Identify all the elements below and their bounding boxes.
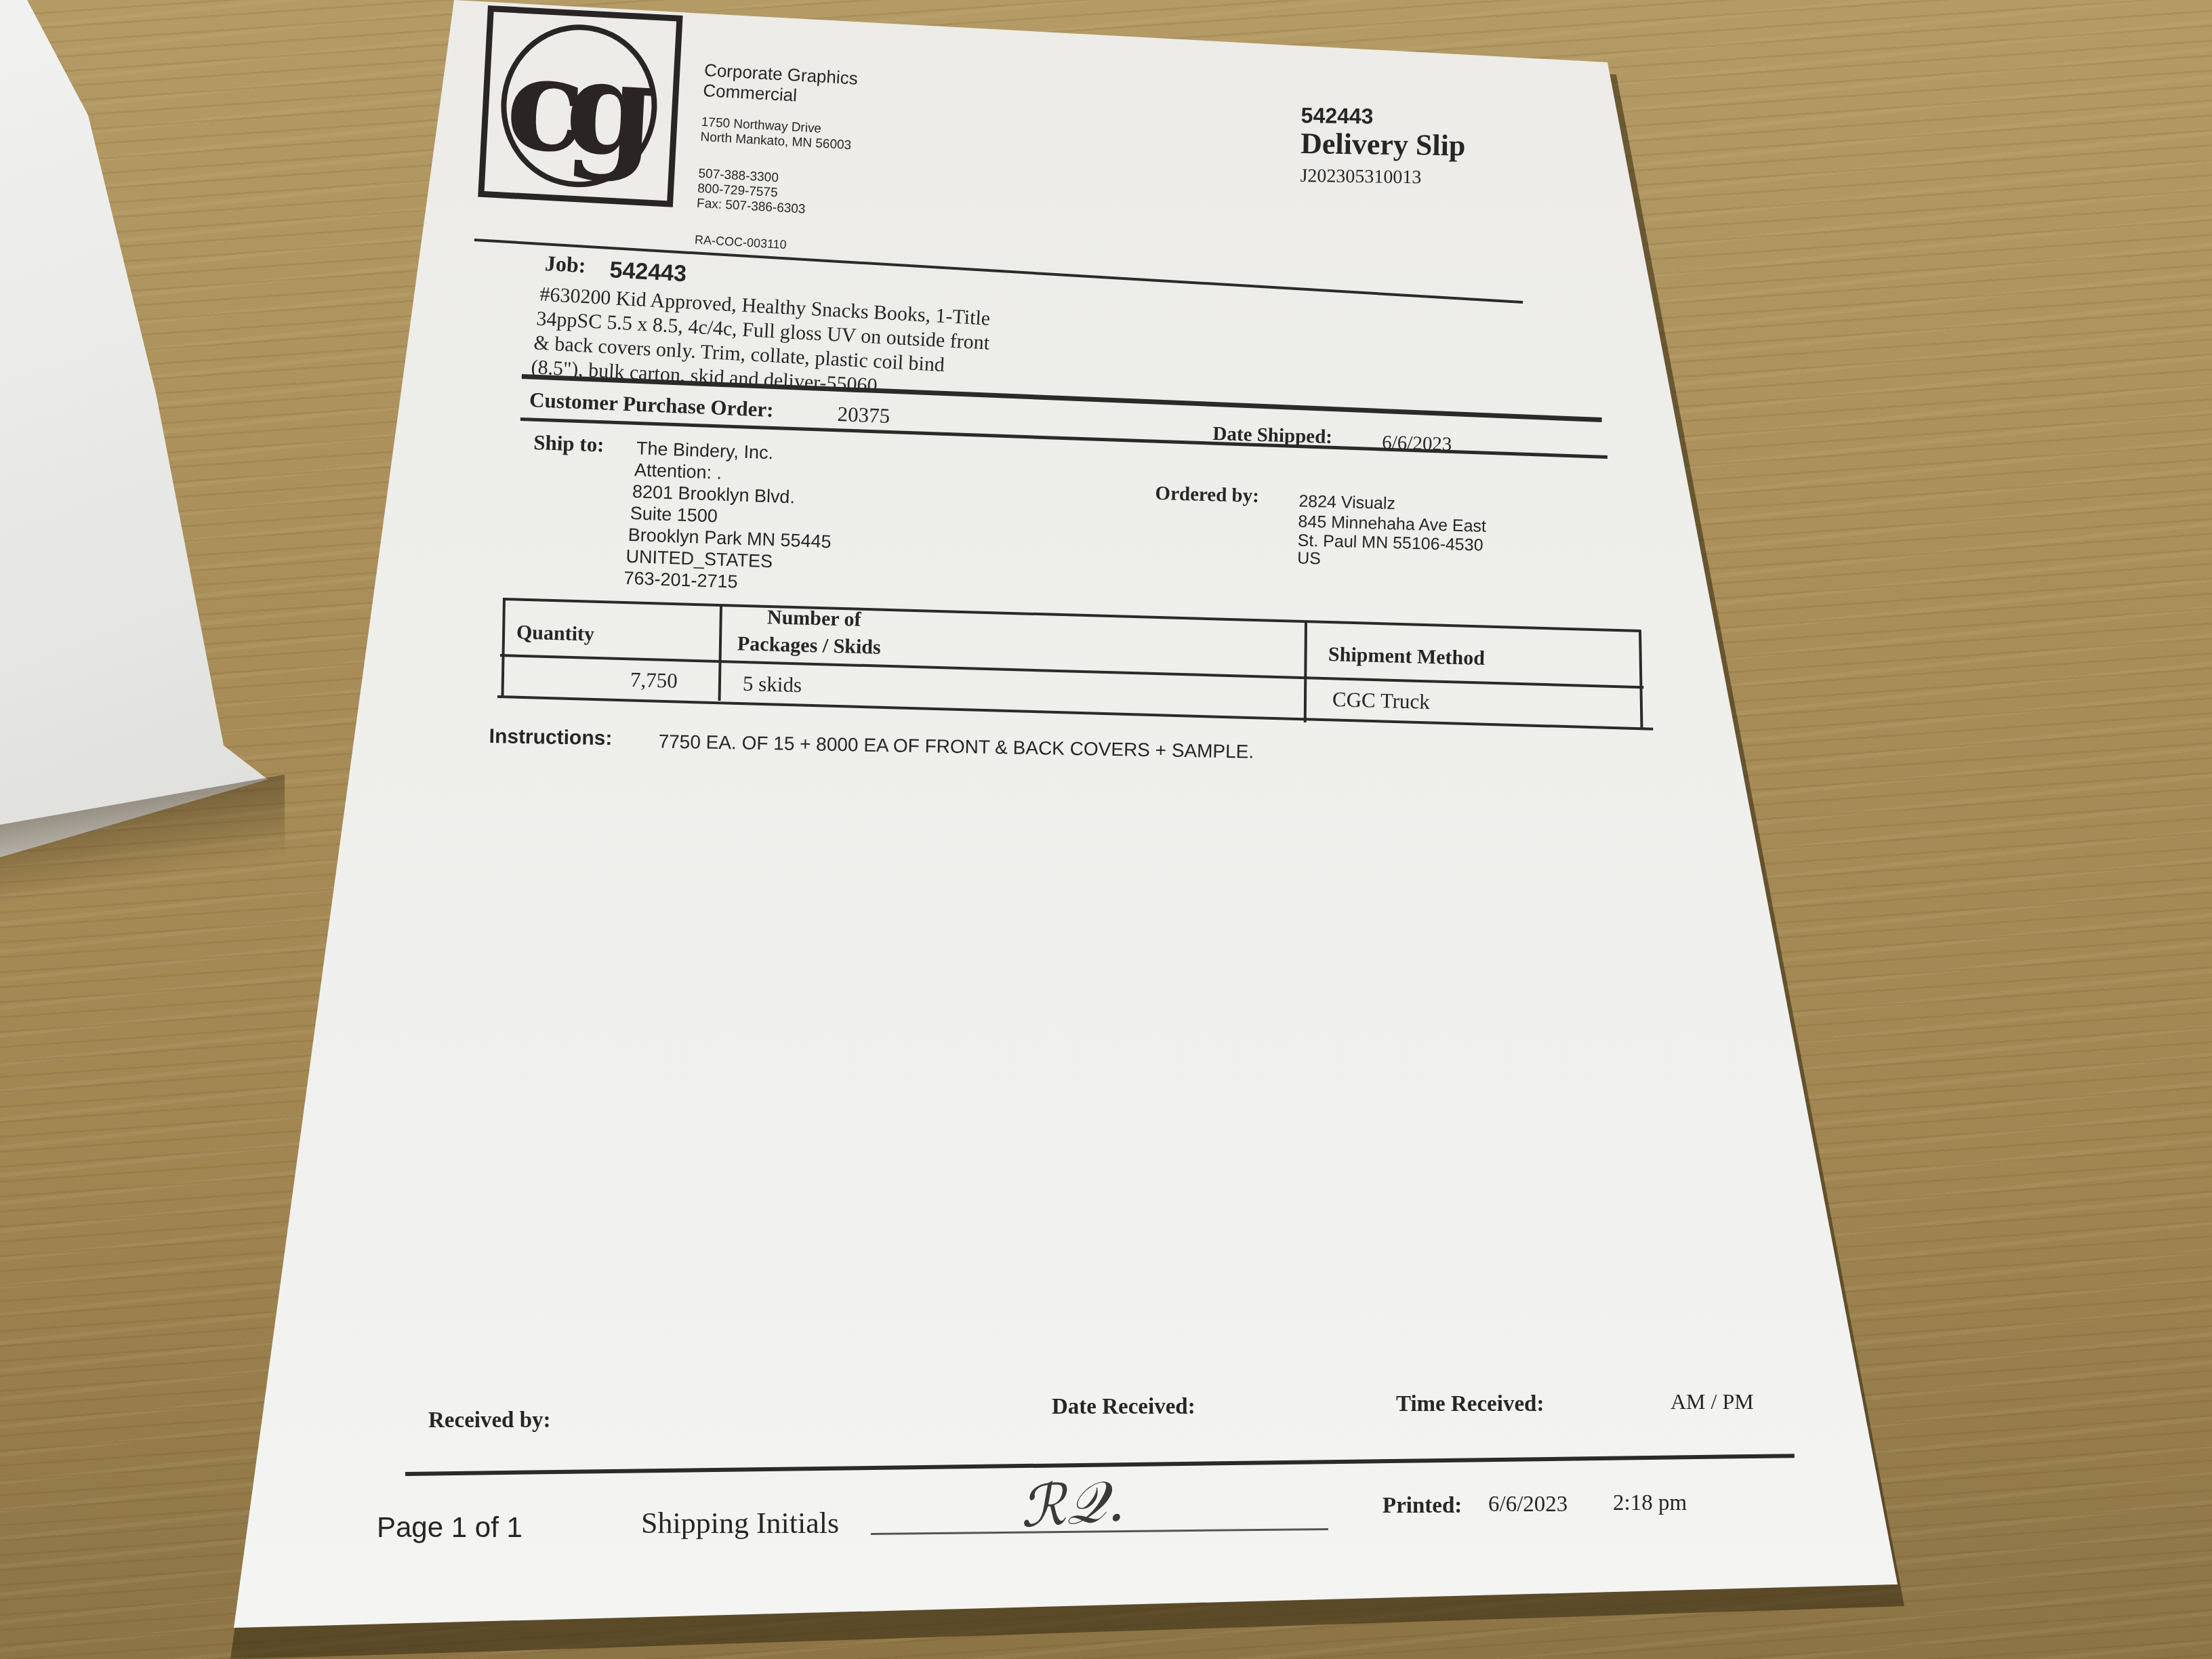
ordered-by-line: US (1297, 549, 1321, 569)
ordered-by-label: Ordered by: (1155, 483, 1259, 508)
table-cell-packages: 5 skids (743, 672, 802, 697)
initials-signature: ℛ𝒬. (1018, 1467, 1127, 1542)
ship-to-line: Attention: . (634, 459, 722, 483)
printed-label: Printed: (1382, 1494, 1462, 1519)
logo-monogram: cg (504, 39, 640, 174)
header-title: Delivery Slip (1300, 126, 1466, 163)
company-logo: cg (478, 5, 682, 207)
printed-time: 2:18 pm (1613, 1491, 1687, 1516)
am-pm-label: AM / PM (1671, 1389, 1754, 1414)
table-header-shipment-method: Shipment Method (1328, 643, 1486, 670)
table-header-packages-line1: Number of (767, 606, 861, 632)
ship-to-label: Ship to: (533, 430, 605, 457)
ordered-by-line: 2824 Visualz (1298, 492, 1395, 514)
ship-to-line: Suite 1500 (630, 503, 718, 527)
ship-to-line: 763-201-2715 (623, 568, 738, 593)
date-received-label: Date Received: (1052, 1395, 1195, 1420)
header-job-number: 542443 (1300, 103, 1373, 129)
job-number: 542443 (609, 257, 687, 287)
table-header-packages-line2: Packages / Skids (737, 632, 882, 659)
table-header-quantity: Quantity (516, 621, 595, 647)
time-received-label: Time Received: (1396, 1392, 1544, 1417)
table-cell-quantity: 7,750 (630, 668, 678, 693)
table-cell-method: CGC Truck (1332, 687, 1431, 714)
received-by-label: Received by: (428, 1408, 551, 1433)
shipping-initials-label: Shipping Initials (641, 1506, 839, 1540)
header-reference-number: J202305310013 (1300, 165, 1421, 188)
purchase-order-value: 20375 (837, 402, 890, 428)
printed-date: 6/6/2023 (1488, 1492, 1568, 1517)
job-label: Job: (544, 251, 586, 278)
page-indicator: Page 1 of 1 (377, 1511, 523, 1544)
instructions-label: Instructions: (489, 725, 612, 750)
